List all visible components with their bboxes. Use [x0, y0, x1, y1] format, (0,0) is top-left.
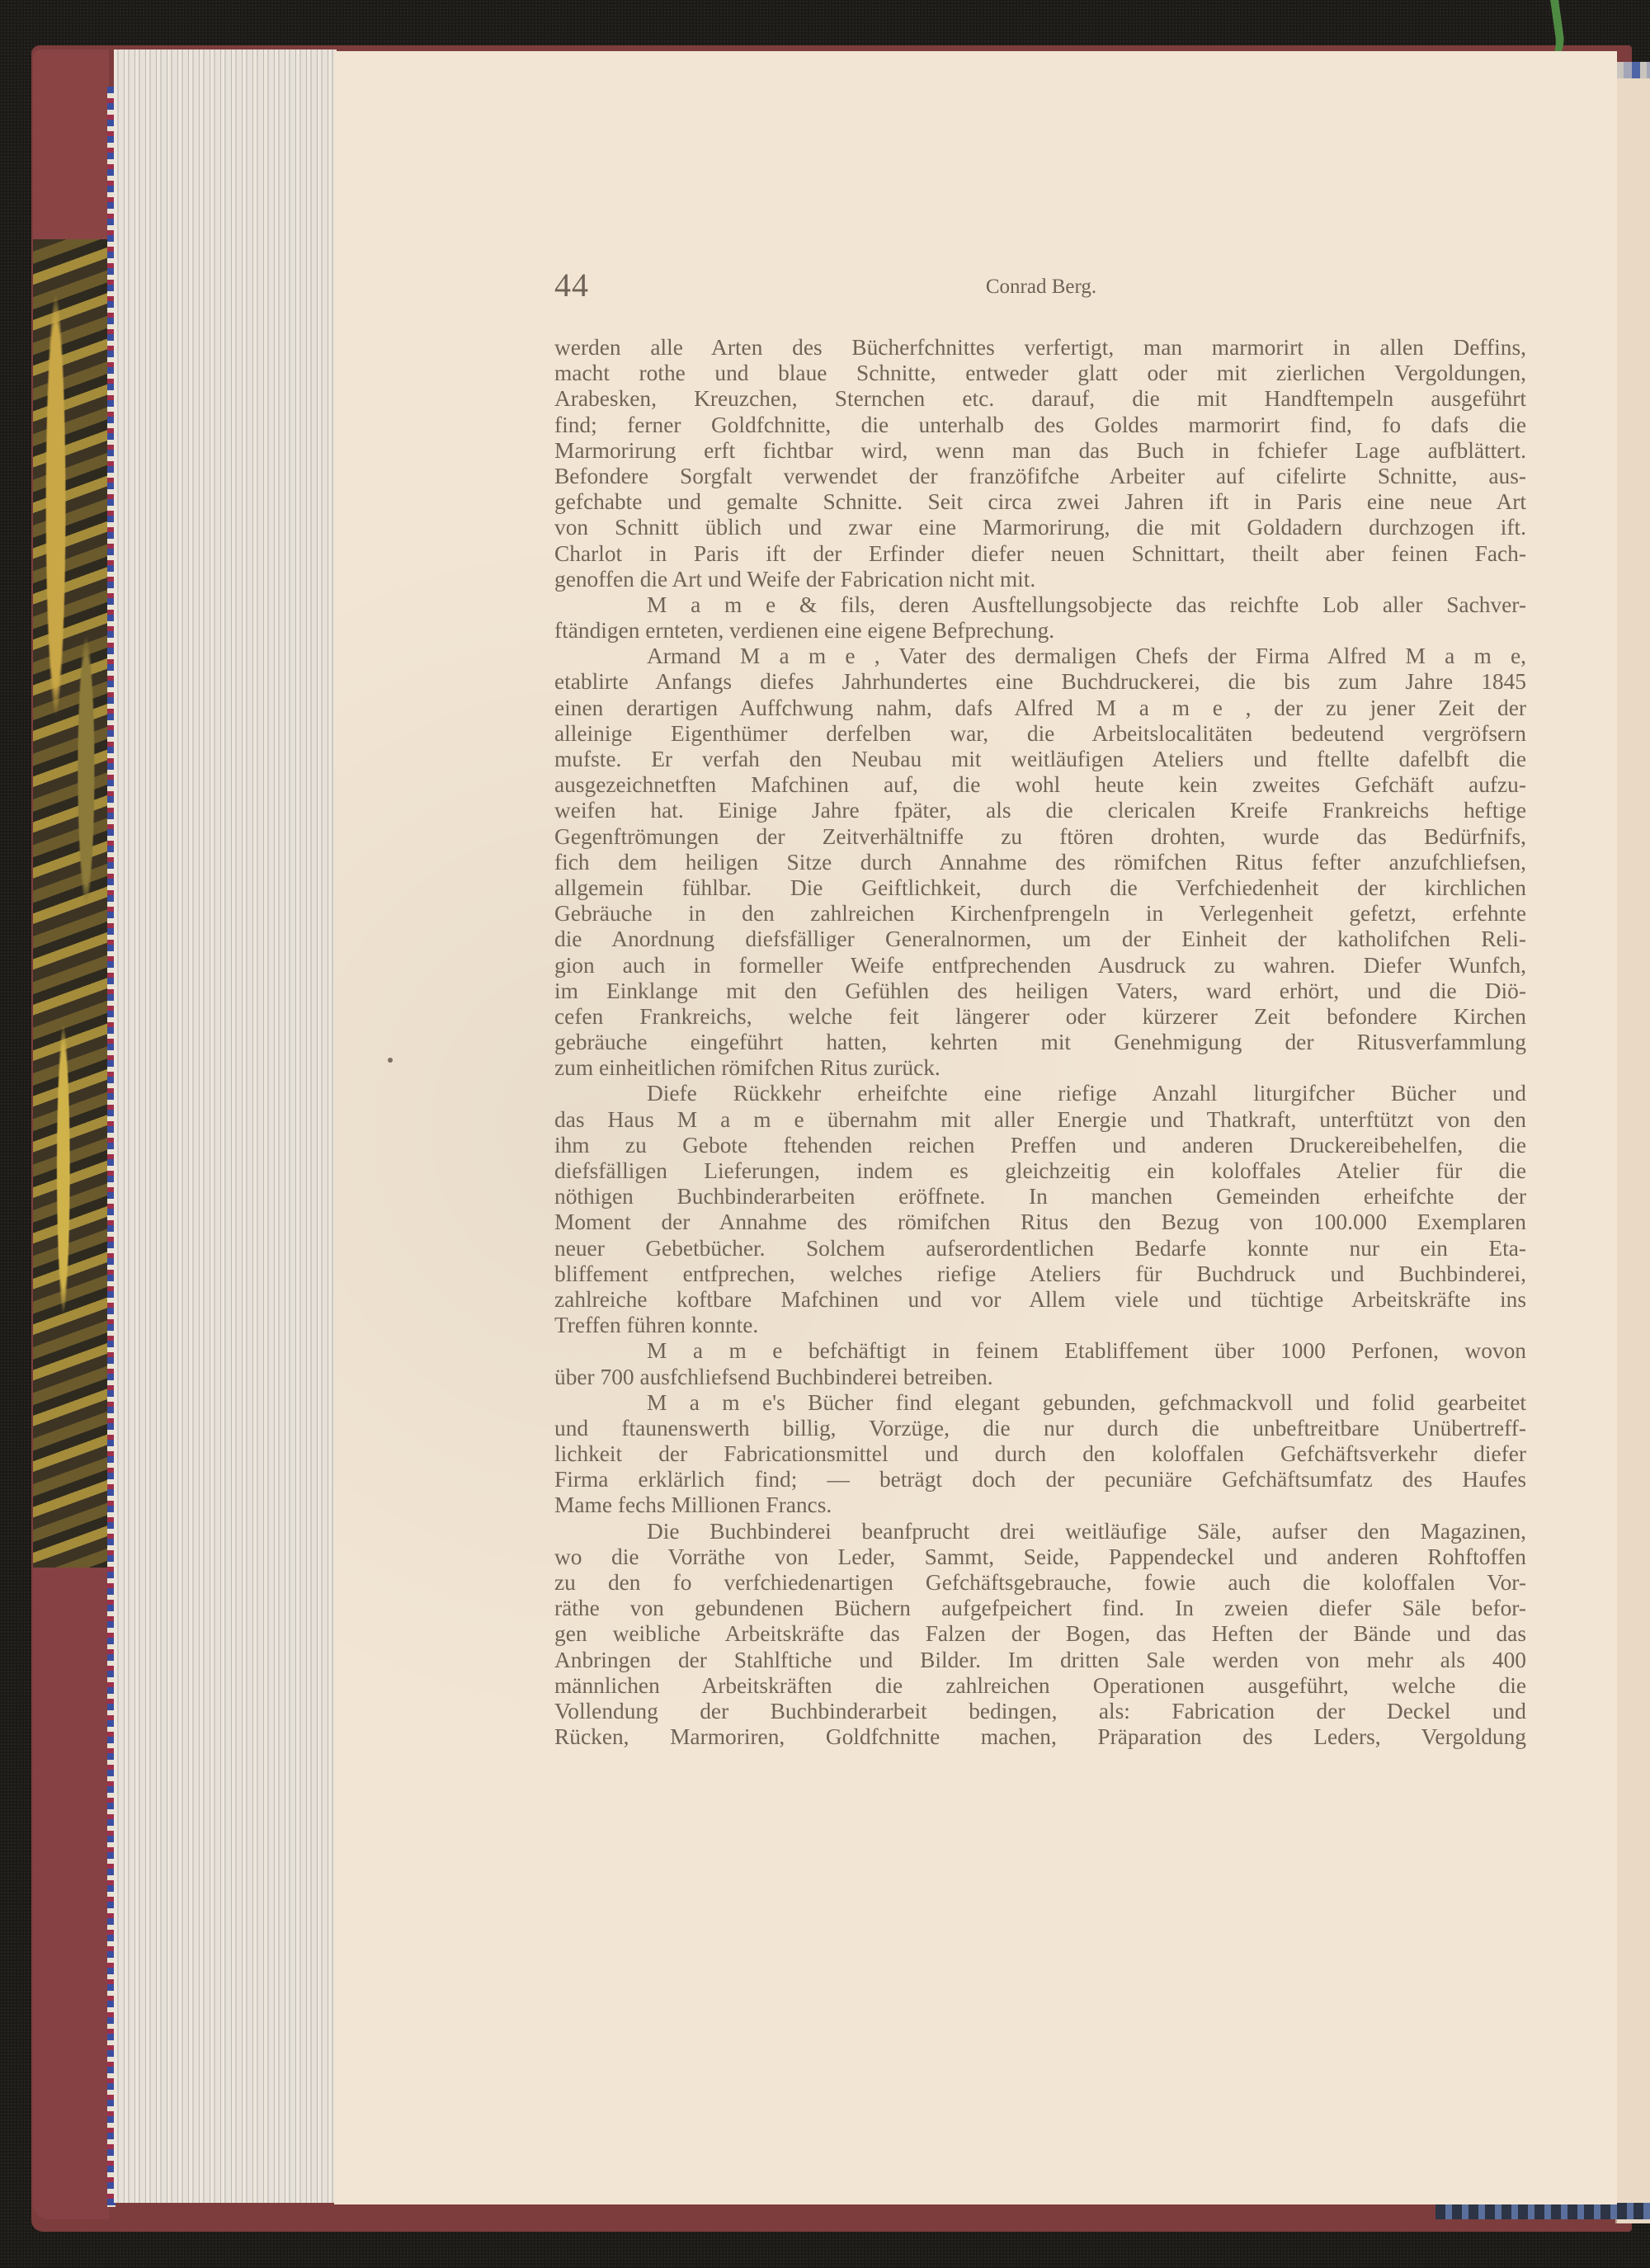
text-line: M a m e & fils, deren Ausftellungsobject… — [554, 592, 1526, 618]
text-line: Vollendung der Buchbinderarbeit bedingen… — [554, 1699, 1526, 1724]
text-line: bliffement entfprechen, welches riefige … — [554, 1261, 1526, 1287]
text-line: genoffen die Art und Weife der Fabricati… — [554, 567, 1526, 592]
text-line: zum einheitlichen römifchen Ritus zurück… — [554, 1055, 1526, 1081]
text-line: Charlot in Paris ift der Erfinder diefer… — [554, 541, 1526, 567]
text-line: mufste. Er verfah den Neubau mit weitläu… — [554, 747, 1526, 772]
text-line: Firma erklärlich find; — beträgt doch de… — [554, 1467, 1526, 1492]
text-line: Die Buchbinderei beanfprucht drei weitlä… — [554, 1519, 1526, 1544]
text-line: einen derartigen Auffchwung nahm, dafs A… — [554, 695, 1526, 721]
text-line: Gegenftrömungen der Zeitverhältniffe zu … — [554, 824, 1526, 850]
text-line: über 700 ausfchliefsend Buchbinderei bet… — [554, 1365, 1526, 1390]
text-line: werden alle Arten des Bücherfchnittes ve… — [554, 335, 1526, 361]
text-line: Arabesken, Kreuzchen, Sternchen etc. dar… — [554, 386, 1526, 412]
text-line: find; ferner Goldfchnitte, die unterhalb… — [554, 413, 1526, 438]
text-line: Gebräuche in den zahlreichen Kirchenfpre… — [554, 901, 1526, 927]
text-line: Diefe Rückkehr erheifchte eine riefige A… — [554, 1081, 1526, 1106]
text-line: gefchabte und gemalte Schnitte. Seit cir… — [554, 489, 1526, 515]
text-line: lichkeit der Fabricationsmittel und durc… — [554, 1441, 1526, 1467]
headband-bottom — [1435, 2203, 1650, 2219]
text-line: Moment der Annahme des römifchen Ritus d… — [554, 1209, 1526, 1235]
text-line: macht rothe und blaue Schnitte, entweder… — [554, 361, 1526, 386]
text-line: und ftaunenswerth billig, Vorzüge, die n… — [554, 1416, 1526, 1441]
text-line: M a m e's Bücher find elegant gebunden, … — [554, 1390, 1526, 1416]
marbled-paper-cover — [33, 239, 109, 1568]
text-line: die Anordnung diefsfälliger Generalnorme… — [554, 927, 1526, 952]
leather-corner-top — [33, 50, 109, 243]
text-line: fich dem heiligen Sitze durch Annahme de… — [554, 850, 1526, 875]
text-line: Rücken, Marmoriren, Goldfchnitte machen,… — [554, 1724, 1526, 1750]
text-line: männlichen Arbeitskräften die zahlreiche… — [554, 1673, 1526, 1699]
text-line: gen weibliche Arbeitskräfte das Falzen d… — [554, 1621, 1526, 1647]
text-line: Befondere Sorgfalt verwendet der franzöf… — [554, 464, 1526, 489]
text-line: im Einklange mit den Gefühlen des heilig… — [554, 978, 1526, 1004]
text-line: Armand M a m e , Vater des dermaligen Ch… — [554, 644, 1526, 669]
text-line: nöthigen Buchbinderarbeiten eröffnete. I… — [554, 1184, 1526, 1209]
text-line: ftändigen ernteten, verdienen eine eigen… — [554, 618, 1526, 644]
body-text: werden alle Arten des Bücherfchnittes ve… — [554, 335, 1526, 1750]
text-line: von Schnitt üblich und zwar eine Marmori… — [554, 515, 1526, 540]
text-line: Marmorirung erft fichtbar wird, wenn man… — [554, 438, 1526, 464]
text-line: weifen hat. Einige Jahre fpäter, als die… — [554, 798, 1526, 823]
text-line: das Haus M a m e übernahm mit aller Ener… — [554, 1107, 1526, 1133]
text-line: allgemein fühlbar. Die Geiftlichkeit, du… — [554, 875, 1526, 901]
text-line: gion auch in formeller Weife entfprechen… — [554, 953, 1526, 978]
text-line: neuer Gebetbücher. Solchem aufserordentl… — [554, 1236, 1526, 1261]
text-line: wo die Vorräthe von Leder, Sammt, Seide,… — [554, 1544, 1526, 1570]
text-line: gebräuche eingeführt hatten, kehrten mit… — [554, 1030, 1526, 1055]
text-line: zu den fo verfchiedenartigen Gefchäftsge… — [554, 1570, 1526, 1596]
text-line: räthe von gebundenen Büchern aufgefpeich… — [554, 1596, 1526, 1621]
text-line: alleinige Eigenthümer derfelben war, die… — [554, 721, 1526, 747]
margin-speck — [388, 1058, 393, 1063]
facing-page-edge — [1615, 78, 1650, 2223]
running-title: Conrad Berg. — [554, 276, 1528, 299]
leather-corner-bottom — [33, 1568, 109, 2219]
text-line: cefen Frankreichs, welche feit längerer … — [554, 1004, 1526, 1030]
text-line: M a m e befchäftigt in feinem Etabliffem… — [554, 1338, 1526, 1364]
text-line: ausgezeichnetften Mafchinen auf, die woh… — [554, 772, 1526, 798]
text-line: Mame fechs Millionen Francs. — [554, 1492, 1526, 1518]
text-line: Anbringen der Stahlftiche und Bilder. Im… — [554, 1648, 1526, 1673]
text-line: ihm zu Gebote ftehenden reichen Preffen … — [554, 1133, 1526, 1158]
text-line: zahlreiche koftbare Mafchinen und vor Al… — [554, 1287, 1526, 1313]
text-line: diefsfälligen Lieferungen, indem es glei… — [554, 1158, 1526, 1184]
running-head: 44 Conrad Berg. — [554, 266, 1528, 307]
page-stack-edges — [114, 50, 337, 2203]
text-line: etablirte Anfangs diefes Jahrhundertes e… — [554, 669, 1526, 695]
text-line: Treffen führen konnte. — [554, 1313, 1526, 1338]
